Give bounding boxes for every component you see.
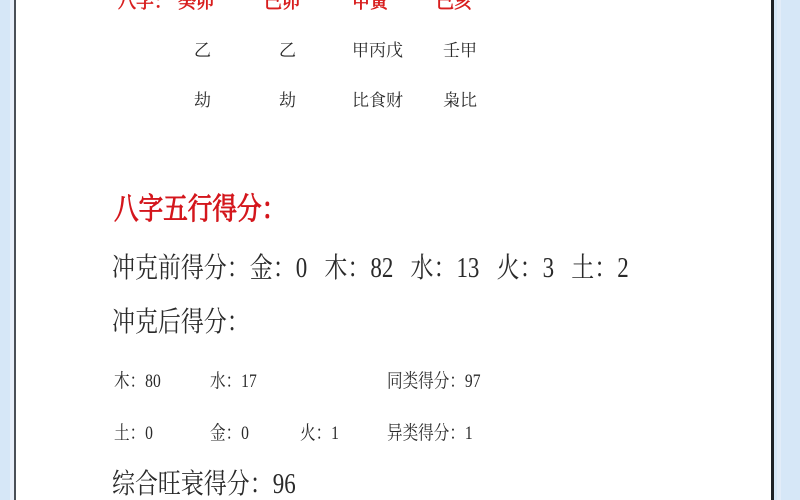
- hidden-stem-hour: 壬甲: [443, 36, 477, 61]
- diff-class-score: 异类得分：1: [387, 418, 473, 445]
- score-metal-value: 0: [296, 253, 307, 284]
- section-title: 八字五行得分：: [114, 184, 286, 228]
- score-wood-label: 木：: [324, 253, 370, 284]
- after-earth: 土：0: [114, 418, 153, 445]
- score-fire-label: 火：: [497, 253, 543, 284]
- before-label: 冲克前得分：: [112, 253, 250, 284]
- after-water-value: 17: [241, 371, 257, 392]
- hidden-stem-month: 乙: [279, 36, 296, 61]
- score-earth-label: 土：: [571, 253, 617, 284]
- same-class-label: 同类得分：: [387, 371, 465, 392]
- score-metal-label: 金：: [250, 253, 296, 284]
- after-wood-value: 80: [145, 371, 161, 392]
- hidden-stem-day: 甲丙戊: [352, 36, 403, 61]
- after-fire-value: 1: [331, 423, 339, 444]
- ten-god-year: 劫: [194, 86, 211, 111]
- diff-class-value: 1: [465, 423, 473, 444]
- after-metal-value: 0: [241, 423, 249, 444]
- hidden-stem-year: 乙: [194, 36, 211, 61]
- after-metal: 金：0: [210, 418, 249, 445]
- bazi-pillar-day: 甲寅: [352, 0, 388, 14]
- same-class-value: 97: [465, 371, 481, 392]
- ten-god-day: 比食财: [352, 86, 403, 111]
- same-class-score: 同类得分：97: [387, 366, 480, 393]
- after-metal-label: 金：: [210, 423, 241, 444]
- after-label: 冲克后得分：: [112, 300, 250, 340]
- score-fire-value: 3: [543, 253, 554, 284]
- after-earth-label: 土：: [114, 423, 145, 444]
- after-wood-label: 木：: [114, 371, 145, 392]
- right-margin-band: [777, 0, 781, 500]
- score-earth-value: 2: [617, 253, 628, 284]
- score-water-label: 水：: [411, 253, 457, 284]
- after-wood: 木：80: [114, 366, 161, 393]
- before-scores-line: 冲克前得分：金：0 木：82 水：13 火：3 土：2: [112, 246, 629, 286]
- after-water-label: 水：: [210, 371, 241, 392]
- after-fire: 火：1: [300, 418, 339, 445]
- overall-label: 综合旺衰得分：: [112, 469, 273, 500]
- overall-value: 96: [273, 469, 296, 500]
- ten-god-month: 劫: [279, 86, 296, 111]
- after-earth-value: 0: [145, 423, 153, 444]
- after-fire-label: 火：: [300, 423, 331, 444]
- overall-score: 综合旺衰得分：96: [112, 462, 296, 500]
- after-water: 水：17: [210, 366, 257, 393]
- score-water-value: 13: [456, 253, 479, 284]
- ten-god-hour: 枭比: [443, 86, 477, 111]
- diff-class-label: 异类得分：: [387, 423, 465, 444]
- bazi-pillar-hour: 己亥: [436, 0, 472, 14]
- bazi-pillar-year: 癸卯: [178, 0, 214, 14]
- bazi-header-label: 八字：: [118, 0, 172, 14]
- bazi-pillar-month: 己卯: [264, 0, 300, 14]
- score-wood-value: 82: [370, 253, 393, 284]
